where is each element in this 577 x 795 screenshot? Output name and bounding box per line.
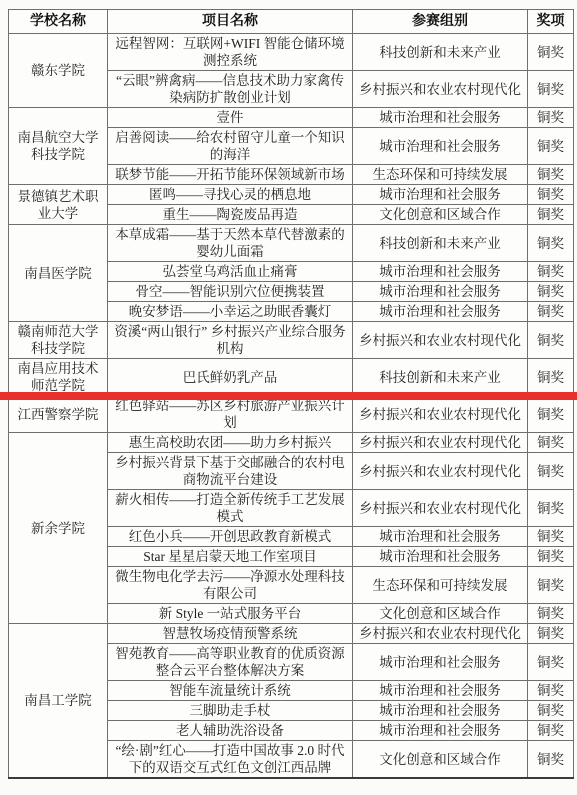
award-cell: 铜奖 [528, 185, 574, 205]
category-cell: 生态环保和可持续发展 [353, 567, 528, 604]
project-cell: 巴氏鲜奶乳产品 [108, 359, 353, 396]
school-cell: 新余学院 [9, 433, 108, 624]
category-cell: 乡村振兴和农业农村现代化 [353, 453, 528, 490]
award-cell: 铜奖 [528, 128, 574, 165]
table-row: 赣南师范大学科技学院资溪“两山银行” 乡村振兴产业综合服务机构乡村振兴和农业农村… [9, 322, 574, 359]
category-cell: 城市治理和社会服务 [353, 721, 528, 741]
category-cell: 城市治理和社会服务 [353, 701, 528, 721]
category-cell: 乡村振兴和农业农村现代化 [353, 624, 528, 644]
school-cell: 南昌应用技术师范学院 [9, 359, 108, 396]
table-row: 景德镇艺术职业大学匿鸣——寻找心灵的栖息地城市治理和社会服务铜奖 [9, 185, 574, 205]
table-row: 南昌应用技术师范学院巴氏鲜奶乳产品科技创新和未来产业铜奖 [9, 359, 574, 396]
category-cell: 城市治理和社会服务 [353, 262, 528, 282]
project-cell: 惠生高校助农团——助力乡村振兴 [108, 433, 353, 453]
category-cell: 乡村振兴和农业农村现代化 [353, 433, 528, 453]
column-header-school: 学校名称 [9, 10, 108, 34]
category-cell: 科技创新和未来产业 [353, 34, 528, 71]
category-cell: 城市治理和社会服务 [353, 527, 528, 547]
project-cell: 新 Style 一站式服务平台 [108, 604, 353, 624]
table-row: 南昌工学院智慧牧场疫情预警系统乡村振兴和农业农村现代化铜奖 [9, 624, 574, 644]
category-cell: 科技创新和未来产业 [353, 225, 528, 262]
award-cell: 铜奖 [528, 547, 574, 567]
category-cell: 城市治理和社会服务 [353, 128, 528, 165]
award-cell: 铜奖 [528, 701, 574, 721]
project-cell: 微生物电化学去污——净源水处理科技有限公司 [108, 567, 353, 604]
category-cell: 文化创意和区域合作 [353, 741, 528, 779]
category-cell: 城市治理和社会服务 [353, 547, 528, 567]
award-cell: 铜奖 [528, 453, 574, 490]
category-cell: 城市治理和社会服务 [353, 282, 528, 302]
project-cell: 老人辅助洗浴设备 [108, 721, 353, 741]
project-cell: Star 星星启蒙天地工作室项目 [108, 547, 353, 567]
project-cell: 红色小兵——开创思政教育新模式 [108, 527, 353, 547]
project-cell: 本草成霜——基于天然本草代替激素的婴幼儿面霜 [108, 225, 353, 262]
column-header-award: 奖项 [528, 10, 574, 34]
project-cell: 远程智网：互联网+WIFI 智能仓储环境测控系统 [108, 34, 353, 71]
category-cell: 科技创新和未来产业 [353, 359, 528, 396]
page: 学校名称 项目名称 参赛组别 奖项 赣东学院远程智网：互联网+WIFI 智能仓储… [0, 0, 577, 795]
school-cell: 南昌工学院 [9, 624, 108, 779]
column-header-category: 参赛组别 [353, 10, 528, 34]
school-cell: 赣南师范大学科技学院 [9, 322, 108, 359]
table-row: 赣东学院远程智网：互联网+WIFI 智能仓储环境测控系统科技创新和未来产业铜奖 [9, 34, 574, 71]
project-cell: 联梦节能——开拓节能环保领域新市场 [108, 165, 353, 185]
category-cell: 生态环保和可持续发展 [353, 165, 528, 185]
header-row: 学校名称 项目名称 参赛组别 奖项 [9, 10, 574, 34]
project-cell: 壹件 [108, 108, 353, 128]
category-cell: 城市治理和社会服务 [353, 302, 528, 322]
school-cell: 景德镇艺术职业大学 [9, 185, 108, 225]
project-cell: 资溪“两山银行” 乡村振兴产业综合服务机构 [108, 322, 353, 359]
award-cell: 铜奖 [528, 624, 574, 644]
awards-table-body: 赣东学院远程智网：互联网+WIFI 智能仓储环境测控系统科技创新和未来产业铜奖“… [9, 34, 574, 779]
project-cell: 弘荟堂乌鸡活血止痛膏 [108, 262, 353, 282]
column-header-project: 项目名称 [108, 10, 353, 34]
award-cell: 铜奖 [528, 322, 574, 359]
table-row: 南昌航空大学科技学院壹件城市治理和社会服务铜奖 [9, 108, 574, 128]
award-cell: 铜奖 [528, 604, 574, 624]
project-cell: 三脚助走手杖 [108, 701, 353, 721]
category-cell: 城市治理和社会服务 [353, 681, 528, 701]
project-cell: 红色驿站——苏区乡村旅游产业振兴计划 [108, 396, 353, 433]
table-row: 南昌医学院本草成霜——基于天然本草代替激素的婴幼儿面霜科技创新和未来产业铜奖 [9, 225, 574, 262]
project-cell: 乡村振兴背景下基于交邮融合的农村电商物流平台建设 [108, 453, 353, 490]
award-cell: 铜奖 [528, 225, 574, 262]
award-cell: 铜奖 [528, 490, 574, 527]
award-cell: 铜奖 [528, 527, 574, 547]
school-cell: 赣东学院 [9, 34, 108, 108]
school-cell: 南昌航空大学科技学院 [9, 108, 108, 185]
award-cell: 铜奖 [528, 108, 574, 128]
award-cell: 铜奖 [528, 165, 574, 185]
category-cell: 乡村振兴和农业农村现代化 [353, 396, 528, 433]
award-cell: 铜奖 [528, 567, 574, 604]
award-cell: 铜奖 [528, 644, 574, 681]
category-cell: 城市治理和社会服务 [353, 644, 528, 681]
table-row: 江西警察学院红色驿站——苏区乡村旅游产业振兴计划乡村振兴和农业农村现代化铜奖 [9, 396, 574, 433]
category-cell: 乡村振兴和农业农村现代化 [353, 490, 528, 527]
award-cell: 铜奖 [528, 262, 574, 282]
project-cell: 晚安梦语——小幸运之助眠香囊灯 [108, 302, 353, 322]
project-cell: 骨空——智能识别穴位便携装置 [108, 282, 353, 302]
project-cell: 智能车流量统计系统 [108, 681, 353, 701]
award-cell: 铜奖 [528, 721, 574, 741]
award-cell: 铜奖 [528, 359, 574, 396]
award-cell: 铜奖 [528, 71, 574, 108]
award-cell: 铜奖 [528, 741, 574, 779]
category-cell: 城市治理和社会服务 [353, 108, 528, 128]
project-cell: 薪火相传——打造全新传统手工艺发展模式 [108, 490, 353, 527]
project-cell: “绘·剧”红心——打造中国故事 2.0 时代下的双语交互式红色文创江西品牌 [108, 741, 353, 779]
award-cell: 铜奖 [528, 302, 574, 322]
school-cell: 南昌医学院 [9, 225, 108, 322]
award-cell: 铜奖 [528, 396, 574, 433]
school-cell: 江西警察学院 [9, 396, 108, 433]
category-cell: 乡村振兴和农业农村现代化 [353, 71, 528, 108]
award-cell: 铜奖 [528, 205, 574, 225]
category-cell: 乡村振兴和农业农村现代化 [353, 322, 528, 359]
project-cell: 启善阅读——给农村留守儿童一个知识的海洋 [108, 128, 353, 165]
table-row: 新余学院惠生高校助农团——助力乡村振兴乡村振兴和农业农村现代化铜奖 [9, 433, 574, 453]
award-cell: 铜奖 [528, 282, 574, 302]
award-cell: 铜奖 [528, 681, 574, 701]
award-cell: 铜奖 [528, 34, 574, 71]
highlight-underline [0, 392, 577, 400]
category-cell: 城市治理和社会服务 [353, 185, 528, 205]
project-cell: 智苑教育——高等职业教育的优质资源整合云平台整体解决方案 [108, 644, 353, 681]
category-cell: 文化创意和区域合作 [353, 205, 528, 225]
award-cell: 铜奖 [528, 433, 574, 453]
project-cell: 智慧牧场疫情预警系统 [108, 624, 353, 644]
project-cell: 匿鸣——寻找心灵的栖息地 [108, 185, 353, 205]
project-cell: 重生——陶瓷废品再造 [108, 205, 353, 225]
category-cell: 文化创意和区域合作 [353, 604, 528, 624]
project-cell: “云眼”辨禽病——信息技术助力家禽传染病防扩散创业计划 [108, 71, 353, 108]
